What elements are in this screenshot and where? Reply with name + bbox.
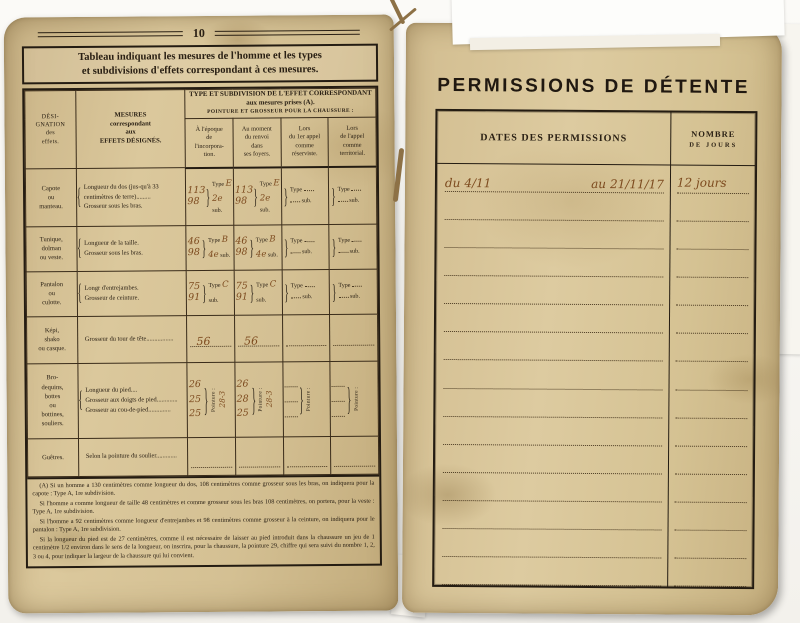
pantalon-value-renvoi: 7591 } Type C sub. xyxy=(234,270,282,315)
header-col-incorporation: À l'époque de l'incorpora- tion. xyxy=(185,118,233,168)
handwritten-value: 25 xyxy=(189,393,202,407)
dotted-leader xyxy=(290,196,300,202)
dotted-leader xyxy=(304,186,314,192)
pantalon-value-reserviste: } Type sub. xyxy=(282,269,330,314)
brodequins-value-territorial: } Pointure : xyxy=(330,361,378,436)
page-number-rule-left xyxy=(38,31,183,37)
right-page: PERMISSIONS DE DÉTENTE DATES DES PERMISS… xyxy=(402,23,782,616)
header-nombre-de-jours: NOMBRE DE JOURS xyxy=(670,113,755,166)
handwritten-type: E xyxy=(273,179,279,189)
page-number-row: 10 xyxy=(38,25,360,43)
permissions-table: DATES DES PERMISSIONS NOMBRE DE JOURS du… xyxy=(432,109,757,589)
brace-icon: } xyxy=(347,381,352,417)
dotted-leader xyxy=(352,281,362,287)
brace-icon: } xyxy=(284,235,289,259)
item-brodequins: Bro- dequins, bottes ou bottines, soulie… xyxy=(27,363,78,438)
measures-kepi: Grosseur du tour de tête................… xyxy=(77,315,187,363)
pointure-label: Pointure : xyxy=(306,387,312,411)
row-kepi: Képi, shako ou casque. Grosseur du tour … xyxy=(27,314,378,364)
tunique-value-incorporation: 4698 } Type B 4e sub. xyxy=(186,225,234,270)
header-dates-des-permissions: DATES DES PERMISSIONS xyxy=(437,111,670,165)
dotted-leader xyxy=(284,381,297,387)
handwritten-au-label: au xyxy=(591,177,606,191)
handwritten-value: 56 xyxy=(196,335,210,348)
brace-icon: { xyxy=(77,231,82,266)
dotted-leader xyxy=(304,282,314,288)
brace-icon: } xyxy=(204,382,209,418)
empty-row xyxy=(435,388,753,418)
brace-icon: } xyxy=(250,280,255,304)
kepi-value-reserviste xyxy=(282,314,330,361)
title-line-1: Tableau indiquant les mesures de l'homme… xyxy=(28,49,372,65)
handwritten-days: 12 jours xyxy=(677,176,727,190)
empty-row xyxy=(434,557,752,587)
header-mesures: MESURES correspondant aux EFFETS DÉSIGNÉ… xyxy=(75,89,185,169)
handwritten-type: E xyxy=(226,179,232,189)
scanned-booklet: 10 Tableau indiquant les mesures de l'ho… xyxy=(0,0,800,623)
handwritten-value: 98 xyxy=(188,248,200,259)
brace-icon: { xyxy=(78,383,83,418)
dotted-leader xyxy=(351,185,361,191)
handwritten-value: 26 xyxy=(189,378,202,392)
dotted-leader xyxy=(338,247,348,253)
brace-icon: } xyxy=(332,280,337,304)
brace-icon: } xyxy=(331,184,336,208)
empty-row xyxy=(436,276,754,306)
capote-value-renvoi: 11398 } Type E 2e sub. xyxy=(233,167,281,225)
title-line-2: et subdivisions d'effets correspondant à… xyxy=(28,62,372,78)
measures-table-title: Tableau indiquant les mesures de l'homme… xyxy=(22,44,378,84)
empty-row xyxy=(437,192,755,222)
empty-row xyxy=(435,445,753,475)
handwritten-pointure: 28-3 xyxy=(265,391,274,408)
brace-icon: } xyxy=(332,235,337,259)
guetres-value-renvoi xyxy=(235,437,283,475)
handwritten-value: 98 xyxy=(235,247,247,258)
handwritten-value: 26 xyxy=(236,378,249,392)
dotted-leader xyxy=(291,292,301,298)
brace-icon: } xyxy=(284,184,289,208)
item-pantalon: Pantalon ou culotte. xyxy=(26,271,77,316)
capote-value-incorporation: 11398 } Type E 2e sub. xyxy=(186,168,234,226)
brace-icon: } xyxy=(202,236,207,260)
measures-capote: { Longueur du dos (jus-qu'à 33 centimètr… xyxy=(76,168,186,226)
brodequins-value-renvoi: 262825 } Pointure : 28-3 xyxy=(235,362,283,437)
handwritten-sub: 4e xyxy=(256,249,267,259)
guetres-value-incorporation xyxy=(188,437,236,475)
row-guetres: Guêtres. Selon la pointure du soulier...… xyxy=(27,436,378,477)
capote-value-territorial: } Type sub. xyxy=(329,166,377,224)
pointure-label: Pointure : xyxy=(353,386,359,410)
entry-days: 12 jours xyxy=(670,166,755,195)
permission-entry-row: du 4/11 au 21/11/17 12 jours xyxy=(437,164,755,194)
footnote-paragraph: Si l'homme a 92 centimètres comme longue… xyxy=(33,515,375,535)
dotted-leader xyxy=(338,196,348,202)
page-number: 10 xyxy=(183,26,215,41)
item-capote: Capote ou manteau. xyxy=(25,169,76,227)
permissions-title: PERMISSIONS DE DÉTENTE xyxy=(406,75,782,100)
measures-table: DÉSI- GNATION des effets. MESURES corres… xyxy=(24,87,379,477)
empty-row xyxy=(436,220,754,250)
item-kepi: Képi, shako ou casque. xyxy=(27,316,78,363)
empty-row xyxy=(435,416,753,446)
handwritten-type: B xyxy=(222,235,228,245)
empty-row xyxy=(436,332,754,362)
entry-dates: du 4/11 au 21/11/17 xyxy=(445,164,664,194)
brace-icon: } xyxy=(206,185,211,209)
row-capote: Capote ou manteau. { Longueur du dos (ju… xyxy=(25,166,376,226)
handwritten-type: C xyxy=(270,280,277,290)
dotted-leader xyxy=(332,411,345,417)
row-pantalon: Pantalon ou culotte. { Longr d'entrejamb… xyxy=(26,269,377,317)
tunique-value-renvoi: 4698 } Type B 4e sub. xyxy=(234,225,282,270)
brace-icon: } xyxy=(299,381,304,417)
kepi-value-incorporation: 56 xyxy=(187,315,235,362)
handwritten-type: C xyxy=(222,280,229,290)
empty-row xyxy=(436,248,754,278)
brace-icon: } xyxy=(202,281,207,305)
handwritten-sub: 2e xyxy=(212,193,223,203)
empty-row xyxy=(434,529,752,559)
measures-table-wrapper: DÉSI- GNATION des effets. MESURES corres… xyxy=(22,85,382,569)
item-tunique: Tunique, dolman ou veste. xyxy=(26,226,77,271)
handwritten-type: B xyxy=(269,235,275,245)
tunique-value-reserviste: } Type sub. xyxy=(281,224,329,269)
handwritten-value: 25 xyxy=(237,407,250,421)
dotted-leader xyxy=(332,381,345,387)
footnote-paragraph: Si l'homme a comme longueur de taille 48… xyxy=(32,497,374,517)
pointure-label: Pointure : xyxy=(258,387,264,411)
header-designation: DÉSI- GNATION des effets. xyxy=(25,90,76,169)
handwritten-du-label: du xyxy=(445,176,461,190)
item-guetres: Guêtres. xyxy=(27,438,78,476)
brace-icon: { xyxy=(77,276,82,311)
brace-icon: { xyxy=(77,180,82,215)
brace-icon: } xyxy=(251,381,256,417)
measures-brodequins: { Longueur du pied.... Grosseur aux doig… xyxy=(78,362,188,438)
dotted-leader xyxy=(332,396,345,402)
handwritten-sub: 2e xyxy=(260,193,271,203)
brodequins-value-reserviste: } Pointure : xyxy=(282,361,330,436)
footnote-paragraph: Si la longueur du pied est de 27 centimè… xyxy=(33,533,375,561)
guetres-value-reserviste xyxy=(283,436,331,474)
dotted-leader xyxy=(304,237,314,243)
brace-icon: } xyxy=(253,184,258,208)
handwritten-value: 56 xyxy=(244,335,258,348)
handwritten-au-date: 21/11/17 xyxy=(610,177,664,191)
dotted-leader xyxy=(284,396,297,402)
footnote-block: (A) Si un homme a 130 centimètres comme … xyxy=(27,474,380,566)
header-col-reserviste: Lors du 1er appel comme réserviste. xyxy=(281,117,329,167)
pantalon-value-incorporation: 7591 } Type C sub. xyxy=(186,270,234,315)
header-col-renvoi: Au moment du renvoi dans ses foyers. xyxy=(233,118,281,168)
row-brodequins: Bro- dequins, bottes ou bottines, soulie… xyxy=(27,361,379,439)
brace-icon: } xyxy=(284,280,289,304)
permissions-table-header: DATES DES PERMISSIONS NOMBRE DE JOURS xyxy=(437,111,755,166)
guetres-value-territorial xyxy=(331,436,379,474)
pointure-label: Pointure : xyxy=(210,388,216,412)
handwritten-du-date: 4/11 xyxy=(464,176,491,190)
measures-tunique: { Longueur de la taille. Grosseur sous l… xyxy=(77,225,187,271)
handwritten-sub: 4e xyxy=(208,250,219,260)
dotted-leader xyxy=(352,236,362,242)
empty-row xyxy=(435,473,753,503)
measures-guetres: Selon la pointure du soulier............… xyxy=(78,437,188,476)
pantalon-value-territorial: } Type sub. xyxy=(329,269,377,314)
dotted-leader xyxy=(495,190,587,191)
empty-row xyxy=(435,501,753,531)
brodequins-value-incorporation: 262525 } Pointure : 28-3 xyxy=(187,362,235,437)
kepi-value-renvoi: 56 xyxy=(234,315,282,362)
measures-pantalon: { Longr d'entrejambes. Grosseur de ceint… xyxy=(77,270,187,316)
kepi-value-territorial xyxy=(330,314,378,361)
empty-row xyxy=(436,360,754,390)
handwritten-value: 91 xyxy=(188,293,200,304)
header-type-subdivision-group: TYPE ET SUBDIVISION DE L'EFFET CORRESPON… xyxy=(185,88,376,119)
empty-row xyxy=(436,304,754,334)
dotted-leader xyxy=(290,247,300,253)
dotted-leader xyxy=(338,292,348,298)
brace-icon: } xyxy=(249,235,254,259)
handwritten-value: 98 xyxy=(187,197,204,208)
tunique-value-territorial: } Type sub. xyxy=(329,224,377,269)
handwritten-value: 28 xyxy=(237,392,250,406)
handwritten-value: 25 xyxy=(189,407,202,421)
header-col-territorial: Lors de l'appel comme territorial. xyxy=(328,117,376,167)
page-number-rule-right xyxy=(215,30,360,36)
handwritten-pointure: 28-3 xyxy=(217,391,226,408)
footnote-paragraph: (A) Si un homme a 130 centimètres comme … xyxy=(32,479,374,499)
capote-value-reserviste: } Type sub. xyxy=(281,167,329,225)
left-page: 10 Tableau indiquant les mesures de l'ho… xyxy=(4,14,399,613)
handwritten-value: 98 xyxy=(235,196,252,207)
handwritten-value: 91 xyxy=(236,292,248,303)
row-tunique: Tunique, dolman ou veste. { Longueur de … xyxy=(26,224,377,272)
dotted-leader xyxy=(284,411,297,417)
